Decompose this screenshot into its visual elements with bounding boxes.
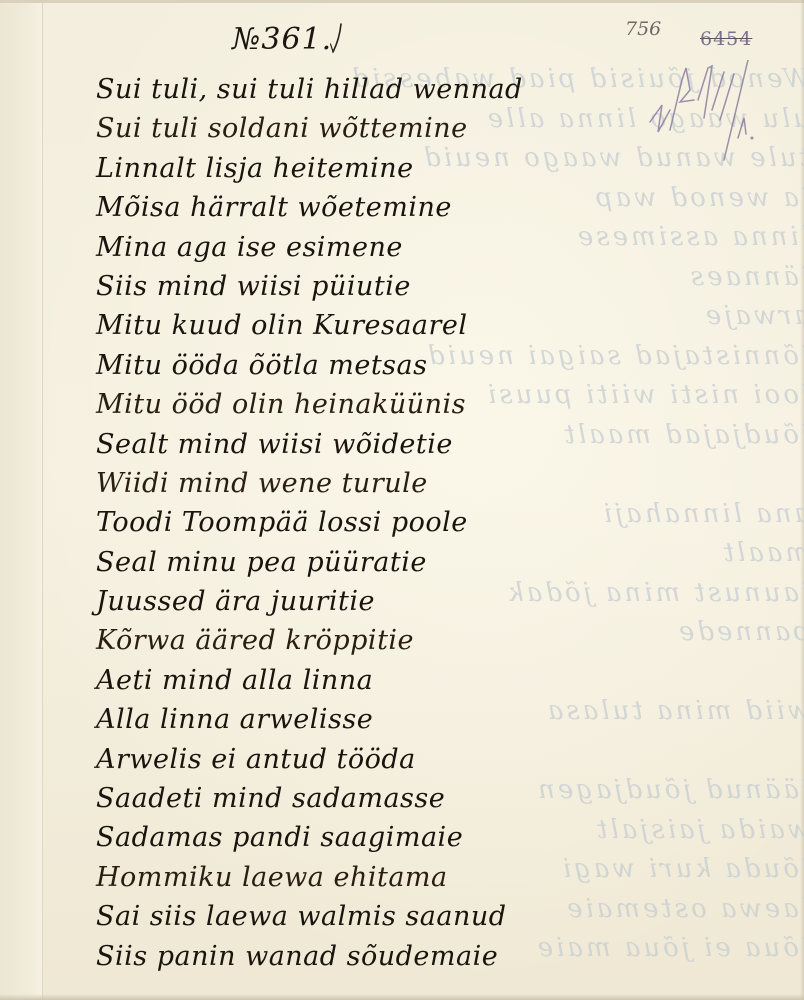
- manuscript-line: Aeti mind alla linna: [96, 661, 736, 700]
- manuscript-line: Sui tuli soldani wõttemine: [96, 109, 736, 148]
- binding-fold: [0, 0, 43, 1000]
- manuscript-line: Juussed ära juuritie: [96, 582, 736, 621]
- manuscript-line: Saadeti mind sadamasse: [96, 779, 736, 818]
- manuscript-line: Mina aga ise esimene: [96, 228, 736, 267]
- manuscript-line: Sadamas pandi saagimaie: [96, 818, 736, 857]
- manuscript-line: Alla linna arwelisse: [96, 700, 736, 739]
- manuscript-line: Sui tuli, sui tuli hillad wennad: [96, 70, 736, 109]
- manuscript-line: Kõrwa ääred kröppitie: [96, 621, 736, 660]
- manuscript-line: Seal minu pea püüratie: [96, 543, 736, 582]
- manuscript-line: Wiidi mind wene turule: [96, 464, 736, 503]
- manuscript-line: Sai siis laewa walmis saanud: [96, 897, 736, 936]
- archive-number-struck: 6454: [700, 28, 752, 50]
- manuscript-line: Mitu ööda õötla metsas: [96, 346, 736, 385]
- manuscript-page: Wenod jõuisid piad wabessid ulu waago li…: [0, 0, 804, 1000]
- manuscript-line: Mitu kuud olin Kuresaarel: [96, 306, 736, 345]
- manuscript-line: Mõisa härralt wõetemine: [96, 188, 736, 227]
- manuscript-line: Siis mind wiisi püiutie: [96, 267, 736, 306]
- manuscript-line: Mitu ööd olin heinaküünis: [96, 385, 736, 424]
- manuscript-line: Toodi Toompää lossi poole: [96, 503, 736, 542]
- page-top-edge: [0, 0, 804, 3]
- page-bottom-edge: [0, 994, 804, 1000]
- manuscript-lines: Sui tuli, sui tuli hillad wennad Sui tul…: [96, 70, 736, 976]
- manuscript-line: Siis panin wanad sõudemaie: [96, 937, 736, 976]
- archive-number: 756: [625, 18, 661, 40]
- manuscript-line: Hommiku laewa ehitama: [96, 858, 736, 897]
- check-mark-icon: [330, 22, 344, 54]
- manuscript-line: Linnalt lisja heitemine: [96, 149, 736, 188]
- manuscript-line: Arwelis ei antud tööda: [96, 740, 736, 779]
- page-right-edge: [800, 0, 804, 1000]
- manuscript-line: Sealt mind wiisi wõidetie: [96, 425, 736, 464]
- item-number: №361.: [232, 22, 332, 57]
